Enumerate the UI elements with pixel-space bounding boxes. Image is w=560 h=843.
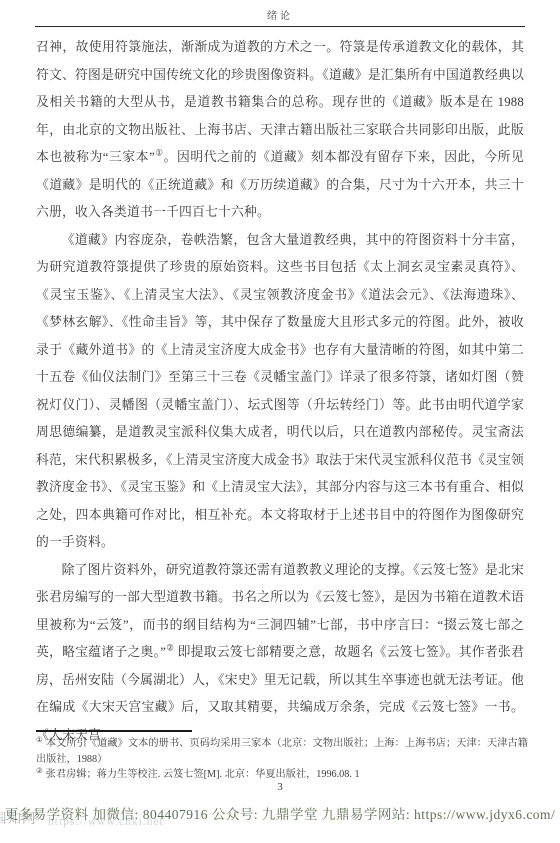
footnote-1-text: 本文所引《道藏》文本的册书、页码均采用三家本（北京：文物出版社；上海：上海书店；… (36, 738, 528, 765)
body-paragraph-1: 召神，故使用符箓施法，渐渐成为道教的方术之一。符箓是传承道教文化的载体，其符文、… (36, 34, 524, 227)
body-paragraph-3: 除了图片资料外，研究道教符箓还需有道教教义理论的支撑。《云笈七签》是北宋张君房编… (36, 557, 524, 750)
header-rule (35, 26, 525, 27)
footnote-2-text: 张君房辑；蒋力生等校注. 云笈七签[M]. 北京：华夏出版社，1996.08. … (46, 769, 360, 780)
body-paragraph-2: 《道藏》内容庞杂，卷帙浩繁，包含大量道教经典，其中的符图资料十分丰富，为研究道教… (36, 227, 524, 557)
footnote-2-marker: ② (36, 766, 43, 775)
footnote-1: ①本文所引《道藏》文本的册书、页码均采用三家本（北京：文物出版社；上海：上海书店… (36, 736, 528, 767)
page-number: 3 (0, 781, 560, 793)
footnote-reference-marker: ① (155, 148, 164, 158)
footnote-1-marker: ① (36, 735, 43, 744)
footnote-separator (36, 730, 192, 732)
footer-promo-text: 更多易学资料 加微信: 804407916 公众号: 九鼎学堂 九鼎易学网站: … (0, 803, 560, 823)
document-page: 绪论 召神，故使用符箓施法，渐渐成为道教的方术之一。符箓是传承道教文化的载体，其… (0, 0, 560, 843)
footnote-reference-marker: ② (166, 643, 174, 653)
paragraph-text: 《道藏》内容庞杂，卷帙浩繁，包含大量道教经典，其中的符图资料十分丰富，为研究道教… (36, 233, 524, 550)
footnotes: ①本文所引《道藏》文本的册书、页码均采用三家本（北京：文物出版社；上海：上海书店… (36, 736, 528, 783)
paragraph-text: 召神，故使用符箓施法，渐渐成为道教的方术之一。符箓是传承道教文化的载体，其符文、… (36, 40, 524, 164)
page-header-title: 绪论 (0, 7, 560, 22)
paragraph-text: 即提取云笈七部精要之意，故题名《云笈七签》。其作者张君房，岳州安陆（今属湖北）人… (36, 645, 524, 742)
body-text: 召神，故使用符箓施法，渐渐成为道教的方术之一。符箓是传承道教文化的载体，其符文、… (36, 34, 524, 749)
